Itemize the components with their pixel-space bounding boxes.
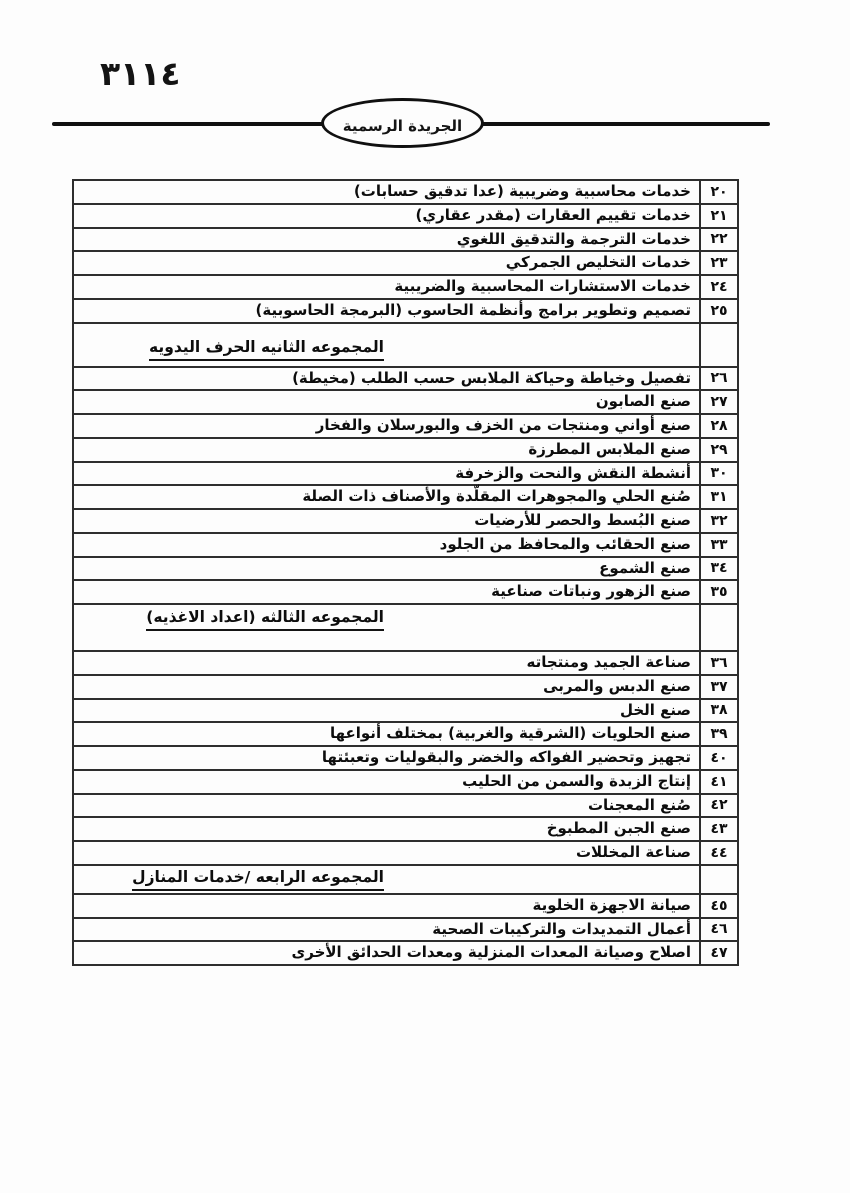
activities-table: ٢٠خدمات محاسبية وضريبية (عدا تدقيق حسابا… [72,179,739,966]
row-number: ٢٦ [700,367,738,391]
row-number: ٢٨ [700,414,738,438]
table-row: ٣٤صنع الشموع [73,557,738,581]
row-number: ٤٣ [700,817,738,841]
row-number: ٢٣ [700,251,738,275]
gazette-seal-label: الجريدة الرسمية [343,117,462,135]
row-number: ٤١ [700,770,738,794]
row-activity-text: صنع الدبس والمربى [73,675,700,699]
table-row: ٣٣صنع الحقائب والمحافظ من الجلود [73,533,738,557]
row-activity-text: أعمال التمديدات والتركيبات الصحية [73,918,700,942]
page-number: ٣١١٤ [100,54,181,93]
row-number: ٣٨ [700,699,738,723]
row-activity-text: إنتاج الزبدة والسمن من الحليب [73,770,700,794]
table-row: ٤٤صناعة المخللات [73,841,738,865]
row-number: ٢٢ [700,228,738,252]
row-number: ٤٧ [700,941,738,965]
table-row: ٢٧صنع الصابون [73,390,738,414]
row-activity-text: أنشطة النقش والنحت والزخرفة [73,462,700,486]
row-activity-text: صناعة المخللات [73,841,700,865]
table-row: ٢٥تصميم وتطوير برامج وأنظمة الحاسوب (الب… [73,299,738,323]
table-row: ٢٠خدمات محاسبية وضريبية (عدا تدقيق حسابا… [73,180,738,204]
row-activity-text: صنع الحلويات (الشرقية والغربية) بمختلف أ… [73,722,700,746]
row-number: ٤٢ [700,794,738,818]
table-row: ٤١إنتاج الزبدة والسمن من الحليب [73,770,738,794]
row-number: ٢٤ [700,275,738,299]
row-number: ٤٥ [700,894,738,918]
table-row: ٤٦أعمال التمديدات والتركيبات الصحية [73,918,738,942]
table-row: ٤٧اصلاح وصيانة المعدات المنزلية ومعدات ا… [73,941,738,965]
row-number-cell-empty [700,323,738,367]
row-activity-text: اصلاح وصيانة المعدات المنزلية ومعدات الح… [73,941,700,965]
table-row: ٢٩صنع الملابس المطرزة [73,438,738,462]
row-activity-text: صيانة الاجهزة الخلوية [73,894,700,918]
section-title: المجموعه الثانيه الحرف اليدويه [149,338,384,361]
row-activity-text: صنع الخل [73,699,700,723]
row-activity-text: صنع الزهور ونباتات صناعية [73,580,700,604]
section-header-row: المجموعه الثالثه (اعداد الاغذيه) [73,604,738,651]
section-title-cell: المجموعه الرابعه /خدمات المنازل [73,865,700,894]
gazette-seal: الجريدة الرسمية [321,98,484,148]
table-row: ٢٨صنع أواني ومنتجات من الخزف والبورسلان … [73,414,738,438]
table-row: ٢٦تفصيل وخياطة وحياكة الملابس حسب الطلب … [73,367,738,391]
row-activity-text: صنع الصابون [73,390,700,414]
row-activity-text: صنع الشموع [73,557,700,581]
section-header-row: المجموعه الثانيه الحرف اليدويه [73,323,738,367]
table-row: ٣٠أنشطة النقش والنحت والزخرفة [73,462,738,486]
row-activity-text: صناعة الجميد ومنتجاته [73,651,700,675]
row-number: ٢٠ [700,180,738,204]
row-number: ٤٤ [700,841,738,865]
table-row: ٣٦صناعة الجميد ومنتجاته [73,651,738,675]
table-row: ٤٠تجهيز وتحضير الفواكه والخضر والبقوليات… [73,746,738,770]
table-row: ٢٤خدمات الاستشارات المحاسبية والضريبية [73,275,738,299]
row-number: ٣١ [700,485,738,509]
row-number: ٤٦ [700,918,738,942]
row-number: ٣٧ [700,675,738,699]
table-row: ٣٧صنع الدبس والمربى [73,675,738,699]
table-row: ٣٢صنع البُسط والحصر للأرضيات [73,509,738,533]
row-number: ٣٢ [700,509,738,533]
row-number-cell-empty [700,865,738,894]
section-title: المجموعه الرابعه /خدمات المنازل [132,868,384,891]
table-row: ٢٣خدمات التخليص الجمركي [73,251,738,275]
row-number: ٣٤ [700,557,738,581]
row-activity-text: خدمات الاستشارات المحاسبية والضريبية [73,275,700,299]
row-number: ٣٩ [700,722,738,746]
row-number: ٣٦ [700,651,738,675]
table-row: ٤٥صيانة الاجهزة الخلوية [73,894,738,918]
table-row: ٤٣صنع الجبن المطبوخ [73,817,738,841]
row-activity-text: خدمات محاسبية وضريبية (عدا تدقيق حسابات) [73,180,700,204]
row-activity-text: صنع الجبن المطبوخ [73,817,700,841]
section-title-cell: المجموعه الثالثه (اعداد الاغذيه) [73,604,700,651]
table-row: ٣٩صنع الحلويات (الشرقية والغربية) بمختلف… [73,722,738,746]
row-number: ٤٠ [700,746,738,770]
table-row: ٤٢صُنع المعجنات [73,794,738,818]
row-number: ٣٥ [700,580,738,604]
section-header-row: المجموعه الرابعه /خدمات المنازل [73,865,738,894]
row-activity-text: صُنع الحلي والمجوهرات المقلّدة والأصناف … [73,485,700,509]
row-activity-text: تفصيل وخياطة وحياكة الملابس حسب الطلب (م… [73,367,700,391]
activities-table-body: ٢٠خدمات محاسبية وضريبية (عدا تدقيق حسابا… [73,180,738,965]
row-number: ٢٧ [700,390,738,414]
section-title-cell: المجموعه الثانيه الحرف اليدويه [73,323,700,367]
row-activity-text: خدمات الترجمة والتدقيق اللغوي [73,228,700,252]
table-row: ٣٥صنع الزهور ونباتات صناعية [73,580,738,604]
table-row: ٢١خدمات تقييم العقارات (مقدر عقاري) [73,204,738,228]
section-title: المجموعه الثالثه (اعداد الاغذيه) [146,608,384,631]
row-activity-text: صُنع المعجنات [73,794,700,818]
row-number: ٢٩ [700,438,738,462]
row-number-cell-empty [700,604,738,651]
row-activity-text: صنع الحقائب والمحافظ من الجلود [73,533,700,557]
table-row: ٣١صُنع الحلي والمجوهرات المقلّدة والأصنا… [73,485,738,509]
row-number: ٣٣ [700,533,738,557]
gazette-page: ٣١١٤ الجريدة الرسمية ٢٠خدمات محاسبية وضر… [0,0,850,1193]
row-activity-text: خدمات التخليص الجمركي [73,251,700,275]
row-number: ٢٥ [700,299,738,323]
row-number: ٢١ [700,204,738,228]
table-row: ٢٢خدمات الترجمة والتدقيق اللغوي [73,228,738,252]
row-activity-text: تجهيز وتحضير الفواكه والخضر والبقوليات و… [73,746,700,770]
row-activity-text: صنع أواني ومنتجات من الخزف والبورسلان وا… [73,414,700,438]
row-activity-text: خدمات تقييم العقارات (مقدر عقاري) [73,204,700,228]
row-activity-text: صنع الملابس المطرزة [73,438,700,462]
row-activity-text: صنع البُسط والحصر للأرضيات [73,509,700,533]
row-number: ٣٠ [700,462,738,486]
row-activity-text: تصميم وتطوير برامج وأنظمة الحاسوب (البرم… [73,299,700,323]
table-row: ٣٨صنع الخل [73,699,738,723]
